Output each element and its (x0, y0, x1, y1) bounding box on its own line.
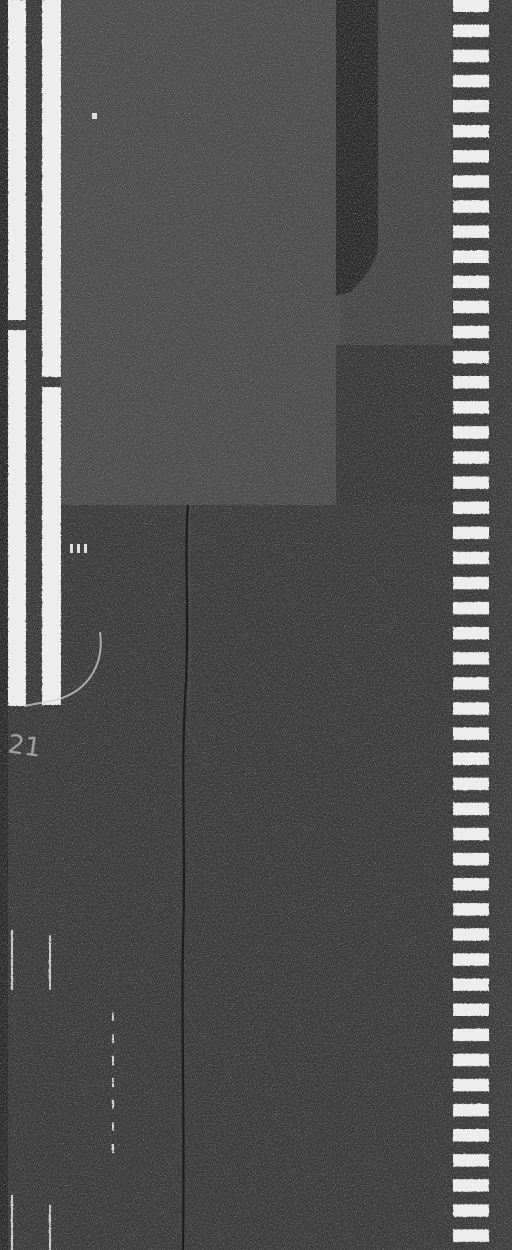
edge-stripe (453, 1154, 489, 1167)
edge-stripe (453, 351, 489, 364)
dashed-line-segment (112, 1012, 114, 1021)
edge-stripe (453, 1004, 489, 1017)
edge-stripe (453, 677, 489, 690)
edge-stripe (453, 978, 489, 991)
edge-stripe (453, 0, 489, 12)
edge-stripe (453, 225, 489, 238)
edge-stripe (453, 602, 489, 615)
edge-stripe (453, 276, 489, 289)
edge-stripe (453, 753, 489, 766)
edge-stripe (453, 928, 489, 941)
road-surface-drawing: 21 (0, 0, 512, 1250)
edge-stripe (453, 627, 489, 640)
edge-line-thin (49, 1205, 51, 1250)
edge-stripe (453, 1229, 489, 1242)
dark-patch (336, 0, 378, 296)
road-surface-image: 21 (0, 0, 512, 1250)
edge-stripe (453, 451, 489, 464)
edge-stripe (453, 175, 489, 188)
lane-line-left (8, 0, 26, 320)
edge-stripe (453, 1029, 489, 1042)
edge-stripe (453, 903, 489, 916)
dashed-line-segment (112, 1144, 114, 1153)
edge-line-thin (49, 935, 51, 990)
edge-stripe (453, 301, 489, 314)
dashed-line-segment (112, 1078, 114, 1087)
edge-stripe (453, 426, 489, 439)
edge-stripe (453, 1129, 489, 1142)
edge-line-thin (11, 1195, 13, 1250)
edge-stripe (453, 376, 489, 389)
edge-stripe (453, 476, 489, 489)
dashed-line-segment (112, 1100, 114, 1109)
edge-stripe (453, 778, 489, 791)
edge-stripe (453, 200, 489, 213)
edge-stripe (453, 1079, 489, 1092)
edge-stripe (453, 878, 489, 891)
edge-stripe (453, 1204, 489, 1217)
edge-stripe (453, 150, 489, 163)
edge-stripe (453, 326, 489, 339)
edge-stripe (453, 100, 489, 113)
edge-stripe (453, 502, 489, 515)
edge-stripe (453, 25, 489, 37)
edge-stripe (453, 803, 489, 816)
lane-line-right (42, 0, 61, 377)
edge-stripe (453, 527, 489, 540)
edge-stripe (453, 552, 489, 565)
edge-stripe (453, 75, 489, 88)
edge-stripe (453, 251, 489, 264)
dashed-line-segment (112, 1056, 114, 1065)
edge-stripe (453, 727, 489, 740)
light-pavement-section (60, 0, 340, 505)
dashed-line-segment (112, 1122, 114, 1131)
edge-stripe (453, 401, 489, 414)
edge-line-thin (11, 930, 13, 990)
lane-line-right (42, 387, 61, 705)
edge-stripe (453, 1179, 489, 1192)
edge-stripe (453, 652, 489, 665)
edge-stripe (453, 1054, 489, 1067)
edge-stripe (453, 702, 489, 715)
edge-stripe (453, 50, 489, 63)
edge-stripe (453, 853, 489, 866)
painted-numeral: 21 (6, 729, 43, 763)
edge-stripe (453, 953, 489, 966)
lane-line-left (8, 330, 26, 706)
edge-stripe (453, 1104, 489, 1117)
edge-stripe (453, 828, 489, 841)
dashed-line-segment (112, 1034, 114, 1043)
edge-stripe (453, 577, 489, 590)
edge-stripe (453, 125, 489, 138)
